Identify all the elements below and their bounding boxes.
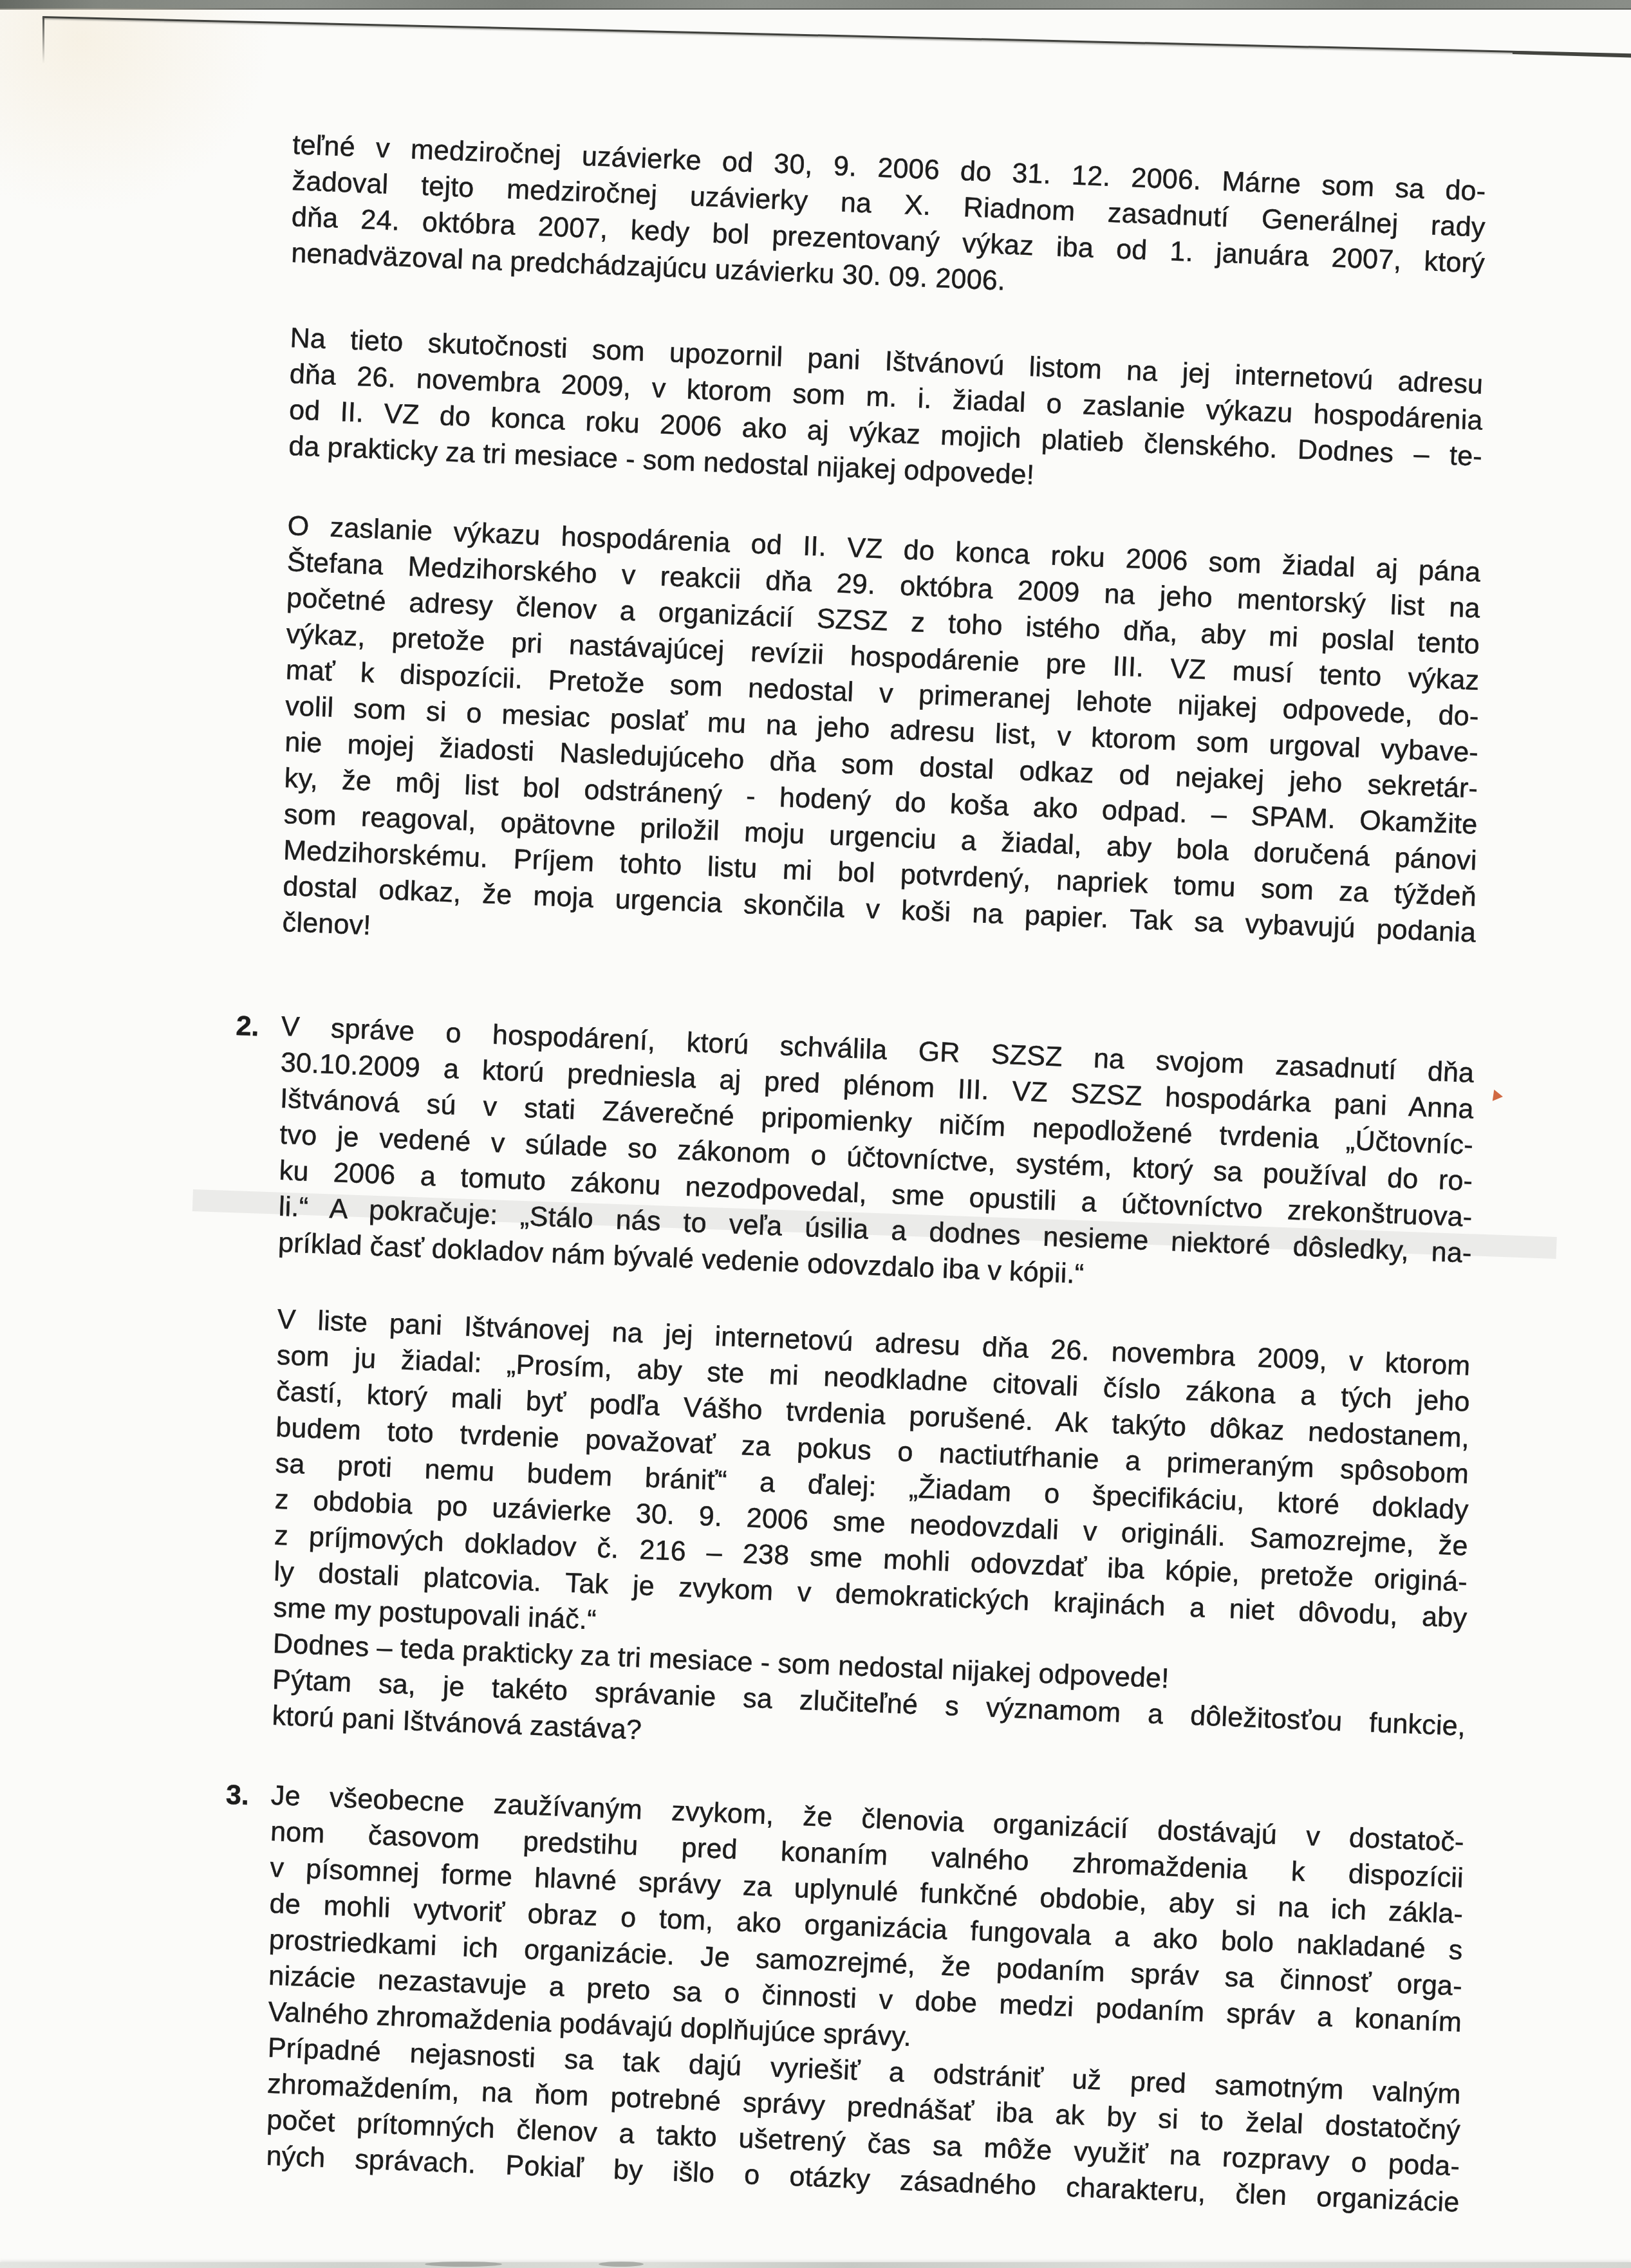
numbered-item: 2.V správe o hospodárení, ktorú schválil…: [278, 1009, 1475, 1276]
list-number: 3.: [225, 1777, 250, 1814]
paragraph: V liste pani Ištvánovej na jej interneto…: [272, 1301, 1471, 1749]
numbered-item: 3.Je všeobecne zaužívaným zvykom, že čle…: [266, 1778, 1465, 2189]
scanner-bottom-edge: [0, 2262, 1631, 2268]
paper-left-edge: [42, 16, 44, 64]
scanner-edge-bar: [0, 0, 1631, 10]
scan-smudge: [425, 2262, 502, 2267]
scan-smudge: [599, 2262, 644, 2267]
paragraph: Na tieto skutočnosti som upozornil pani …: [288, 320, 1484, 479]
paper-top-edge: [42, 16, 1631, 55]
paragraph: O zaslanie výkazu hospodárenia od II. VZ…: [282, 508, 1482, 956]
paragraph: teľné v medziročnej uzávierke od 30, 9. …: [291, 127, 1487, 286]
scan-corner-tint: [0, 8, 270, 214]
list-number: 2.: [236, 1008, 260, 1045]
red-scan-artifact: [1493, 1090, 1504, 1102]
document-text-block: teľné v medziročnej uzávierke od 30, 9. …: [266, 127, 1486, 2189]
